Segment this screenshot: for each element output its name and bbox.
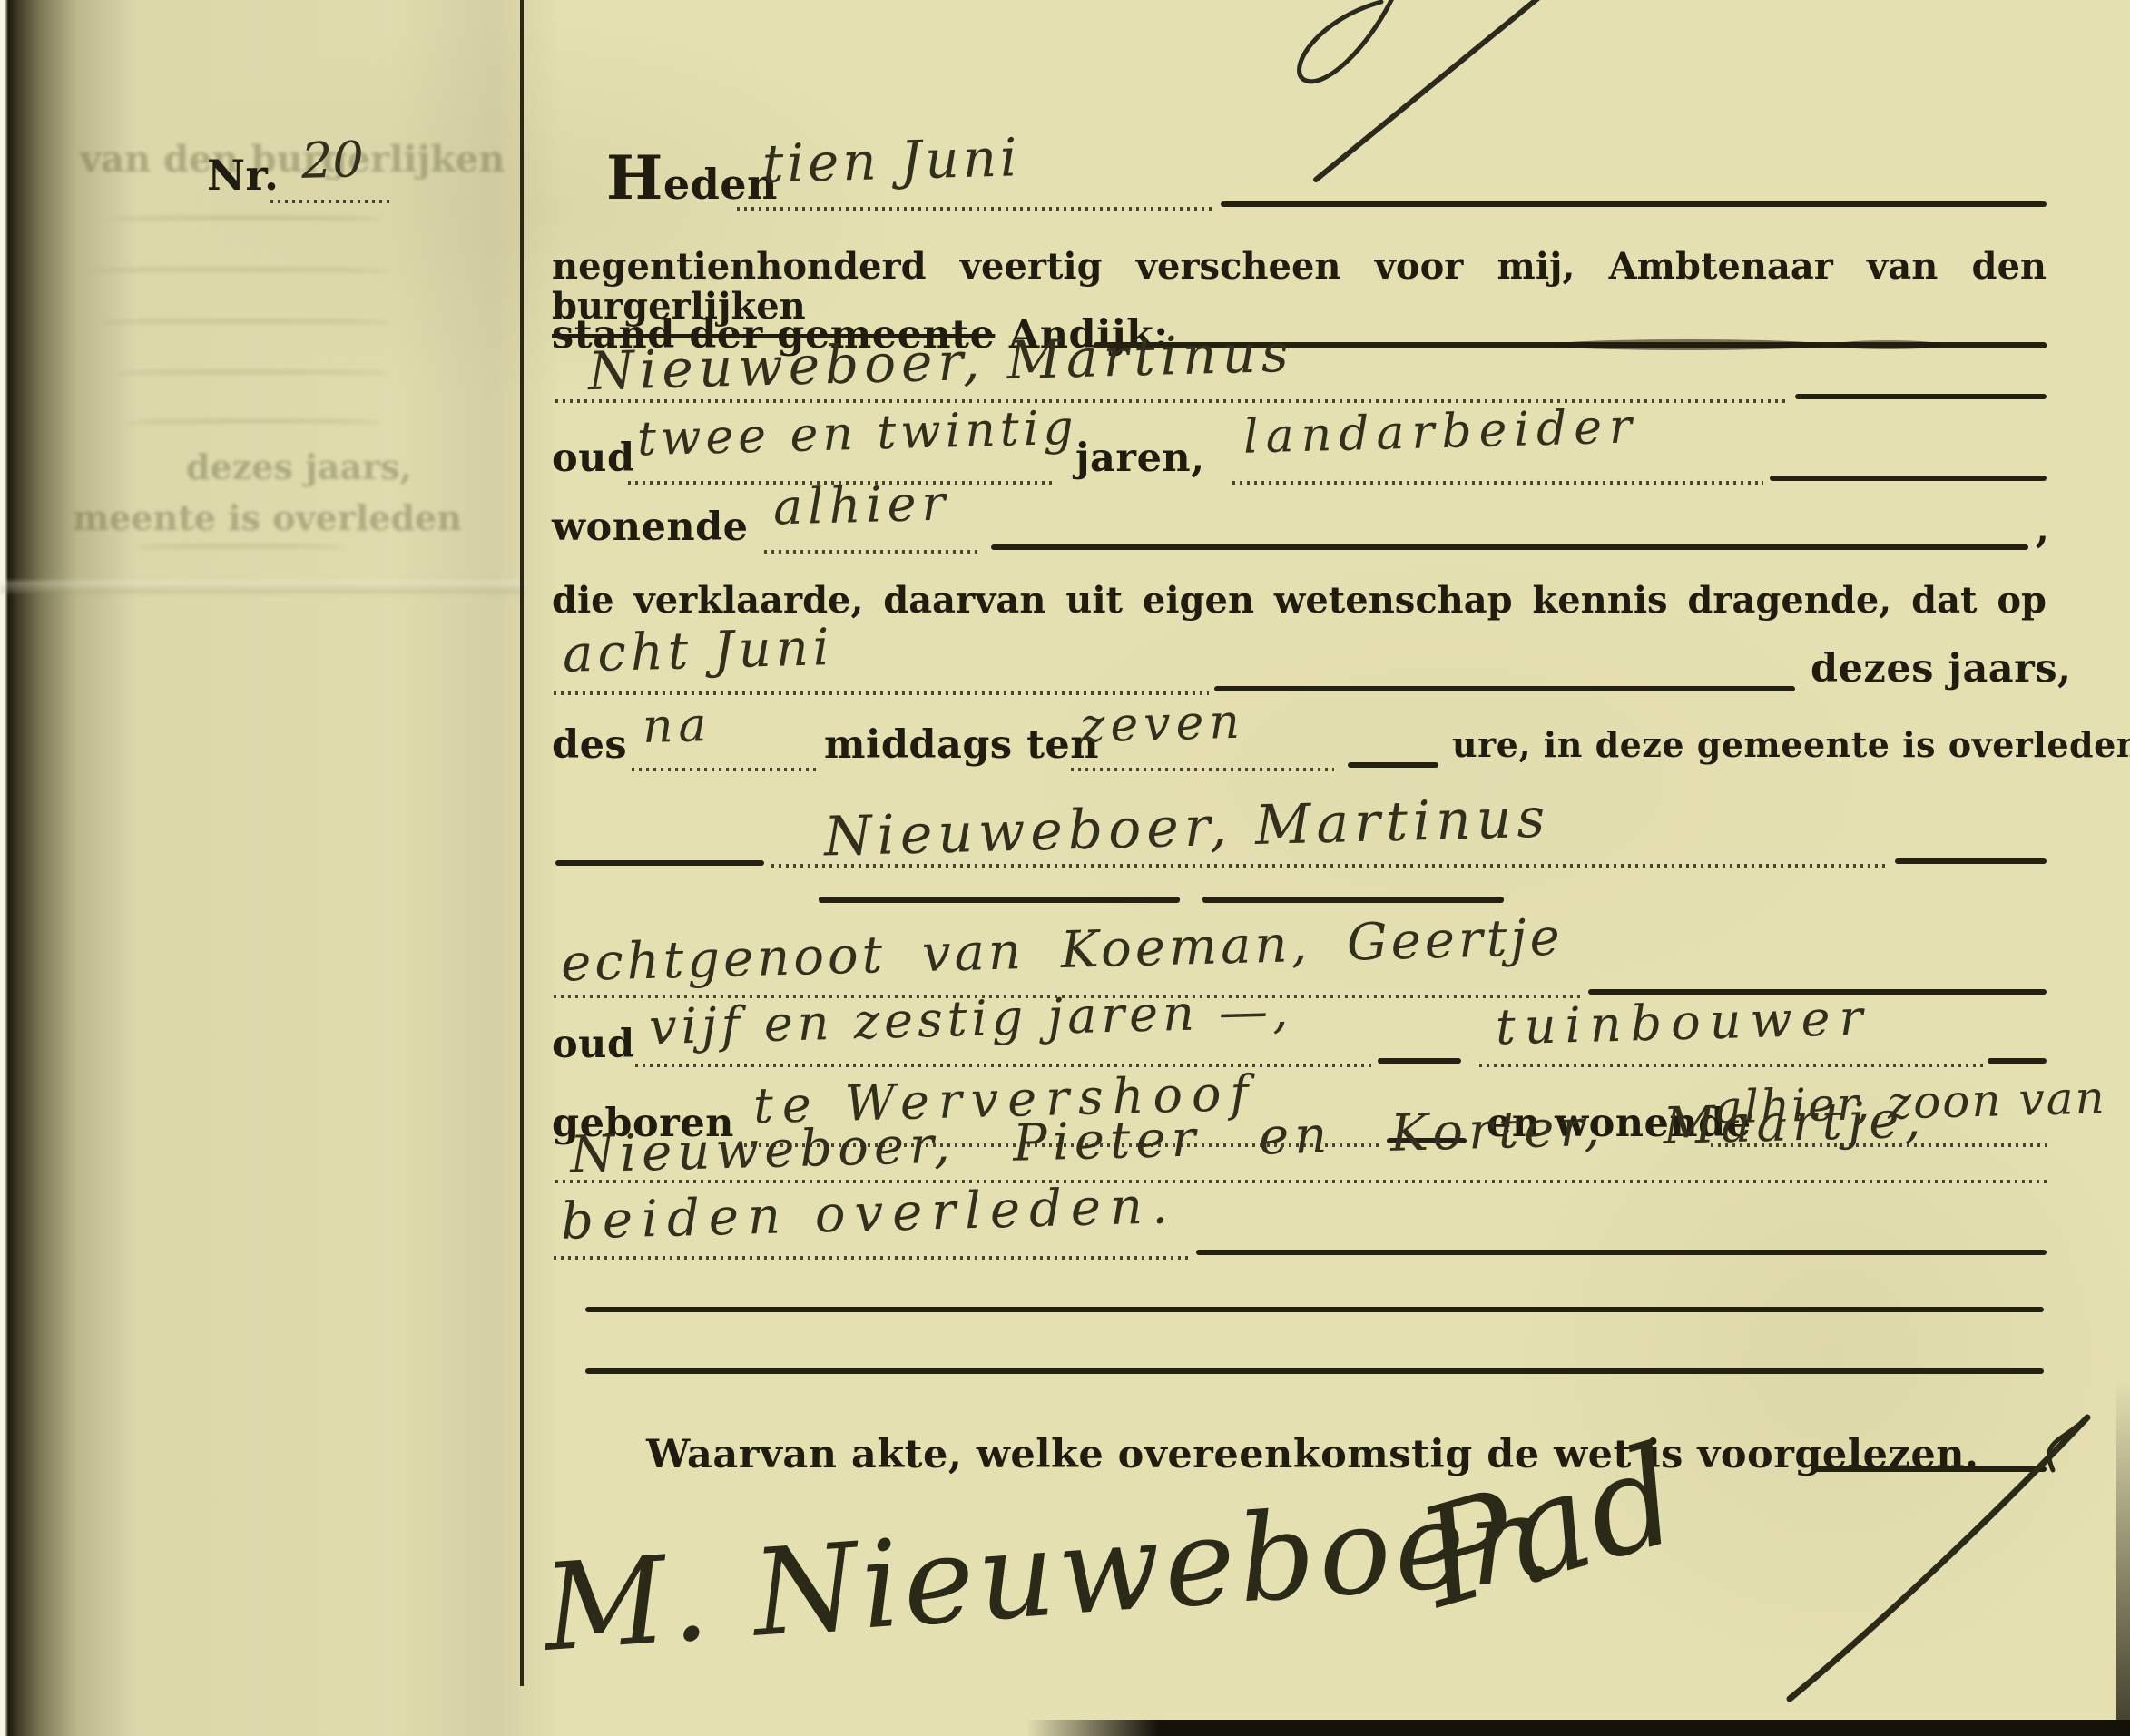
bleedthrough-text: meente is overleden [73,497,462,538]
bleedthrough-mark [116,370,388,379]
label-dezes-jaars: dezes jaars, [1811,648,2072,691]
ruled-line [1221,201,2047,207]
label-middags-ten: middags ten [824,724,1099,767]
record-number-value: 20 [300,135,364,186]
hw-declarant-residence: alhier [772,478,951,532]
dotted-leader [635,1064,1372,1067]
dotted-leader [270,200,390,203]
dotted-leader [737,207,1216,211]
scan-edge-bottom [1026,1720,2130,1736]
underline-stroke [819,897,1180,903]
bleedthrough-mark [102,319,392,329]
ruled-line [1813,1466,2047,1472]
ruled-line [1988,1058,2047,1064]
hw-death-date: acht Juni [562,623,834,681]
registrar-flourish-hook [2049,1417,2087,1470]
label-wonende: wonende [552,506,749,549]
bleedthrough-text: van den burgerlijken [80,138,505,181]
dotted-leader [1479,1064,1983,1067]
hw-parents-status: beiden overleden. [560,1181,1177,1248]
paper-crease [0,581,525,593]
ruled-line [1214,686,1795,691]
line-closing: Waarvan akte, welke overeenkomstig de we… [646,1434,1978,1476]
hw-act-date: tien Juni [761,131,1021,190]
hw-declarant-occupation: landarbeider [1242,403,1639,460]
dotted-leader [764,550,982,554]
dotted-leader [554,1256,1193,1260]
line-heden: Heden [606,145,778,211]
ruled-line [1378,1058,1461,1064]
label-oud: oud [552,437,635,480]
ruled-line [1895,858,2047,864]
ruled-line [585,1307,2044,1312]
hw-declarant-age: twee en twintig [636,405,1078,464]
hw-deceased-name: Nieuweboer, Martinus [823,791,1551,865]
label-des: des [552,724,627,767]
dotted-leader [555,1180,2048,1183]
ruled-line [1770,476,2047,481]
record-number-label: Nr. [207,152,280,199]
underline-stroke [1202,897,1504,903]
bleedthrough-text: dezes jaars, [186,446,412,487]
death-certificate-page: van den burgerlijken dezes jaars, meente… [0,0,2130,1736]
top-pen-stroke [1316,0,1545,180]
ruled-line [1196,1250,2047,1255]
heden-rest: eden [663,160,778,209]
label-oud-2: oud [552,1024,635,1066]
hw-daypart: na [642,701,712,750]
bleedthrough-mark [127,419,381,428]
dotted-leader [1232,481,1763,485]
scan-edge-right [2116,1379,2130,1736]
dotted-leader [554,691,1209,695]
line-declaration: die verklaarde, daarvan uit eigen wetens… [552,581,2047,621]
hw-deceased-occupation: tuinbouwer [1495,994,1872,1053]
ruled-line [585,1368,2044,1374]
ruled-line [555,860,764,866]
ruled-line [1348,762,1438,768]
hw-spouse-line: echtgenoot van Koeman, Geertje [560,913,1564,990]
trailing-comma: , [2036,508,2049,551]
dotted-leader [632,768,818,771]
label-jaren: jaren, [1075,437,1205,480]
bleedthrough-mark [91,268,390,277]
dotted-leader [1071,768,1334,771]
top-pen-curl [1300,0,1394,82]
hw-declarant-name: Nieuweboer, Martinus [587,327,1294,397]
heden-initial: H [606,142,663,213]
ruled-line [1795,394,2047,399]
label-ure-overleden: ure, in deze gemeente is overleden [1452,726,2130,764]
hw-death-hour: zeven [1079,699,1245,750]
bleedthrough-mark [109,216,381,225]
column-rule [520,0,524,1686]
hw-deceased-age: vijf en zestig jaren —, [648,986,1292,1053]
ruled-line [991,544,2028,550]
bleedthrough-mark [136,544,345,554]
binding-edge [0,0,136,1736]
